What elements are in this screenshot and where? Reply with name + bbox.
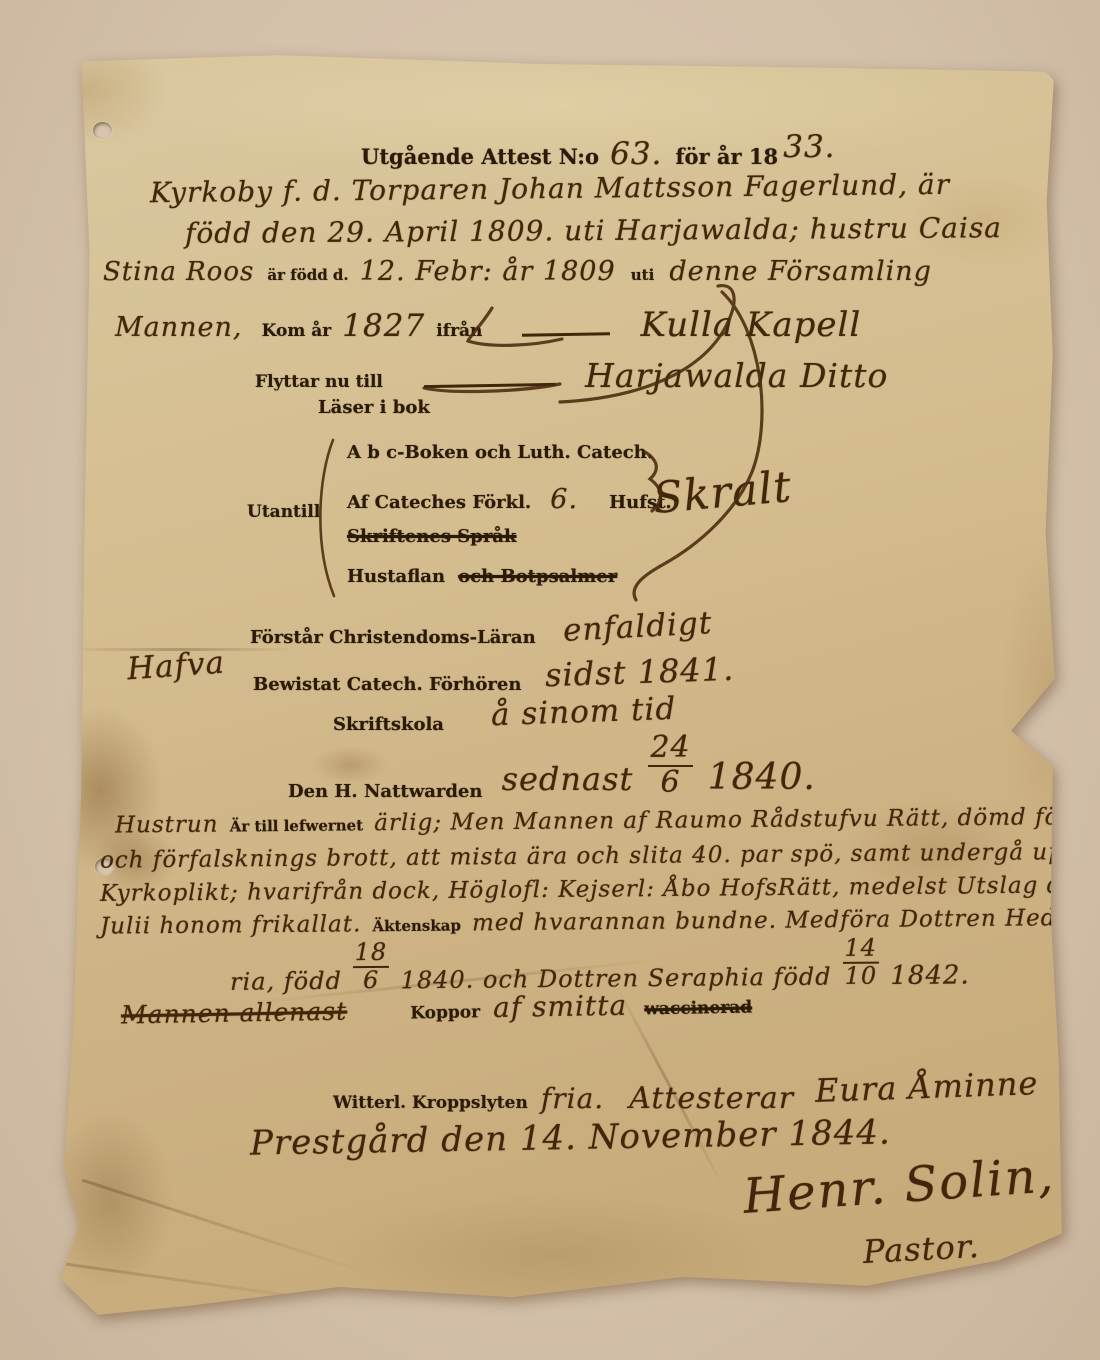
- pastor-signature: Henr. Solin,: [741, 1147, 1056, 1225]
- hustaflan-printed: Hustaflan: [347, 566, 445, 587]
- mannen-allenast-handwritten: Mannen allenast: [121, 997, 348, 1030]
- photograph-backdrop: Utgående Attest N:o 63. för år 18 33. Ky…: [0, 0, 1100, 1360]
- aktenskap-printed: Äktenskap: [372, 916, 461, 935]
- hustrun-handwritten: Hustrun: [115, 812, 219, 839]
- harjawalda-ditto-handwritten: Harjawalda Ditto: [585, 356, 888, 395]
- skriftskola-printed: Skriftskola: [333, 714, 444, 735]
- date-fraction: 1410: [842, 936, 879, 990]
- attestation-line: Witterl. Kroppslyten fria. Attesterar Eu…: [333, 1078, 1039, 1116]
- a-sinom-tid-handwritten: å sinom tid: [490, 691, 676, 733]
- fraction-numerator: 18: [353, 940, 390, 969]
- ar-till-lefwernet-printed: Är till lefwernet: [230, 816, 364, 835]
- utantill-item-cateches: Af Cateches Förkl. 6. Hufst.: [347, 484, 672, 515]
- intro-line-2: född den 29. April 1809. uti Harjawalda;…: [185, 211, 1002, 250]
- skralt-assessment-handwritten: Skralt: [651, 462, 794, 524]
- understanding-line: Förstår Christendoms-Läran enfaldigt: [250, 615, 712, 651]
- title-year-handwritten: 33.: [783, 129, 835, 165]
- year-1827-handwritten: 1827: [342, 308, 425, 344]
- vaccination-line: Mannen allenast Koppor af smitta waccine…: [121, 986, 753, 1030]
- title-printed-left: Utgående Attest N:o: [361, 144, 599, 169]
- uti-printed: uti: [631, 266, 655, 284]
- flyttar-printed: Flyttar nu till: [255, 372, 383, 392]
- attesterar-handwritten: Attesterar: [629, 1081, 794, 1116]
- wife-name-handwritten: Stina Roos: [103, 257, 254, 287]
- koppor-printed: Koppor: [410, 1002, 480, 1023]
- pastor-title-handwritten: Pastor.: [862, 1227, 981, 1271]
- hafva-handwritten: Hafva: [126, 645, 226, 688]
- paper-shadow-wrap: Utgående Attest N:o 63. för år 18 33. Ky…: [0, 0, 1100, 1360]
- document-title: Utgående Attest N:o 63. för år 18 33.: [361, 136, 836, 172]
- certificate-paper: Utgående Attest N:o 63. för år 18 33. Ky…: [55, 50, 1070, 1320]
- conduct-line-3: Kyrkoplikt; hvarifrån dock, Höglofl: Kej…: [100, 871, 1100, 907]
- crease-line: [82, 1179, 368, 1275]
- crease-line: [26, 1257, 353, 1306]
- bewistat-printed: Bewistat Catech. Förhören: [253, 674, 521, 695]
- year-1842-handwritten: 1842.: [890, 960, 970, 991]
- fraction-numerator: 14: [842, 936, 879, 965]
- title-printed-right: för år 18: [676, 144, 779, 169]
- blank-rule: [424, 383, 556, 388]
- laser-i-bok-printed: Läser i bok: [318, 397, 430, 418]
- ifran-printed: ifrån: [436, 321, 482, 341]
- utantill-item-hustaflan: Hustaflan och Botpsalmer: [347, 566, 617, 587]
- date-fraction: 246: [648, 732, 692, 798]
- enfaldigt-handwritten: enfaldigt: [562, 605, 713, 649]
- title-number-handwritten: 63.: [610, 136, 662, 172]
- mannen-handwritten: Mannen,: [115, 312, 242, 343]
- intro-line-3: Stina Roos är född d. 12. Febr: år 1809 …: [103, 256, 932, 287]
- kroppslyten-printed: Witterl. Kroppslyten: [333, 1093, 528, 1113]
- confirmation-line: Skriftskola å sinom tid: [333, 702, 676, 738]
- kulla-kapell-handwritten: Kulla Kapell: [641, 305, 862, 345]
- waccinerad-struck: waccinerad: [644, 997, 752, 1019]
- sacrament-line: Den H. Nattwarden sednast 246 1840.: [288, 742, 816, 808]
- fria-handwritten: fria.: [541, 1082, 604, 1115]
- frikallat-handwritten: Julii honom frikallat.: [100, 911, 362, 939]
- conduct-line-2: och förfalsknings brott, att mista ära o…: [100, 838, 1100, 873]
- utantill-item-skriftenes-struck: Skriftenes Språk: [347, 526, 516, 547]
- fraction-denominator: 6: [363, 966, 380, 994]
- parish-handwritten: denne Församling: [669, 256, 932, 287]
- conduct-line-1: Hustrun Är till lefwernet ärlig; Men Man…: [115, 804, 1100, 839]
- intro-line-1: Kyrkoby f. d. Torparen Johan Mattsson Fa…: [150, 168, 950, 209]
- forstar-printed: Förstår Christendoms-Läran: [250, 627, 536, 648]
- utantill-label: Utantill: [247, 502, 320, 522]
- conduct-text-4-handwritten: med hvarannan bundne. Medföra Dottren He…: [472, 904, 1100, 936]
- cateches-printed: Af Cateches Förkl.: [347, 492, 531, 513]
- margin-annotation-vertical: Annoterad P. 14: [40, 580, 90, 821]
- crease-line: [195, 1312, 955, 1315]
- botpsalmer-struck: och Botpsalmer: [458, 566, 617, 587]
- punch-hole-top: [93, 122, 112, 139]
- moves-to-line: Flyttar nu till Harjawalda Ditto: [255, 356, 888, 395]
- utantill-item-abc: A b c-Boken och Luth. Catech.: [347, 442, 653, 463]
- kom-ar-printed: Kom år: [262, 321, 332, 341]
- hufst-count-handwritten: 6.: [550, 484, 578, 515]
- year-1840-handwritten: 1840.: [708, 757, 816, 798]
- sidst-1841-handwritten: sidst 1841.: [544, 650, 734, 695]
- af-smitta-handwritten: af smitta: [493, 989, 628, 1024]
- conduct-text-1-handwritten: ärlig; Men Mannen af Raumo Rådstufvu Rät…: [374, 804, 1100, 837]
- fraction-denominator: 6: [661, 765, 681, 800]
- eura-aminne-handwritten: Eura Åminne: [815, 1064, 1040, 1110]
- fraction-denominator: 10: [845, 962, 878, 990]
- born-printed: är född d.: [267, 266, 348, 284]
- dateline-handwritten: Prestgård den 14. November 1844.: [250, 1112, 891, 1163]
- nattwarden-printed: Den H. Nattwarden: [288, 781, 482, 802]
- sednast-handwritten: sednast: [502, 760, 634, 798]
- wife-birthdate-handwritten: 12. Febr: år 1809: [360, 256, 616, 287]
- came-from-line: Mannen, Kom år 1827 ifrån Kulla Kapell: [115, 305, 861, 345]
- daughter-born-handwritten: ria, född: [230, 967, 342, 996]
- conduct-line-4: Julii honom frikallat. Äktenskap med hva…: [100, 904, 1100, 939]
- blank-rule: [521, 332, 609, 337]
- date-fraction: 186: [353, 940, 390, 994]
- fraction-numerator: 24: [648, 732, 692, 767]
